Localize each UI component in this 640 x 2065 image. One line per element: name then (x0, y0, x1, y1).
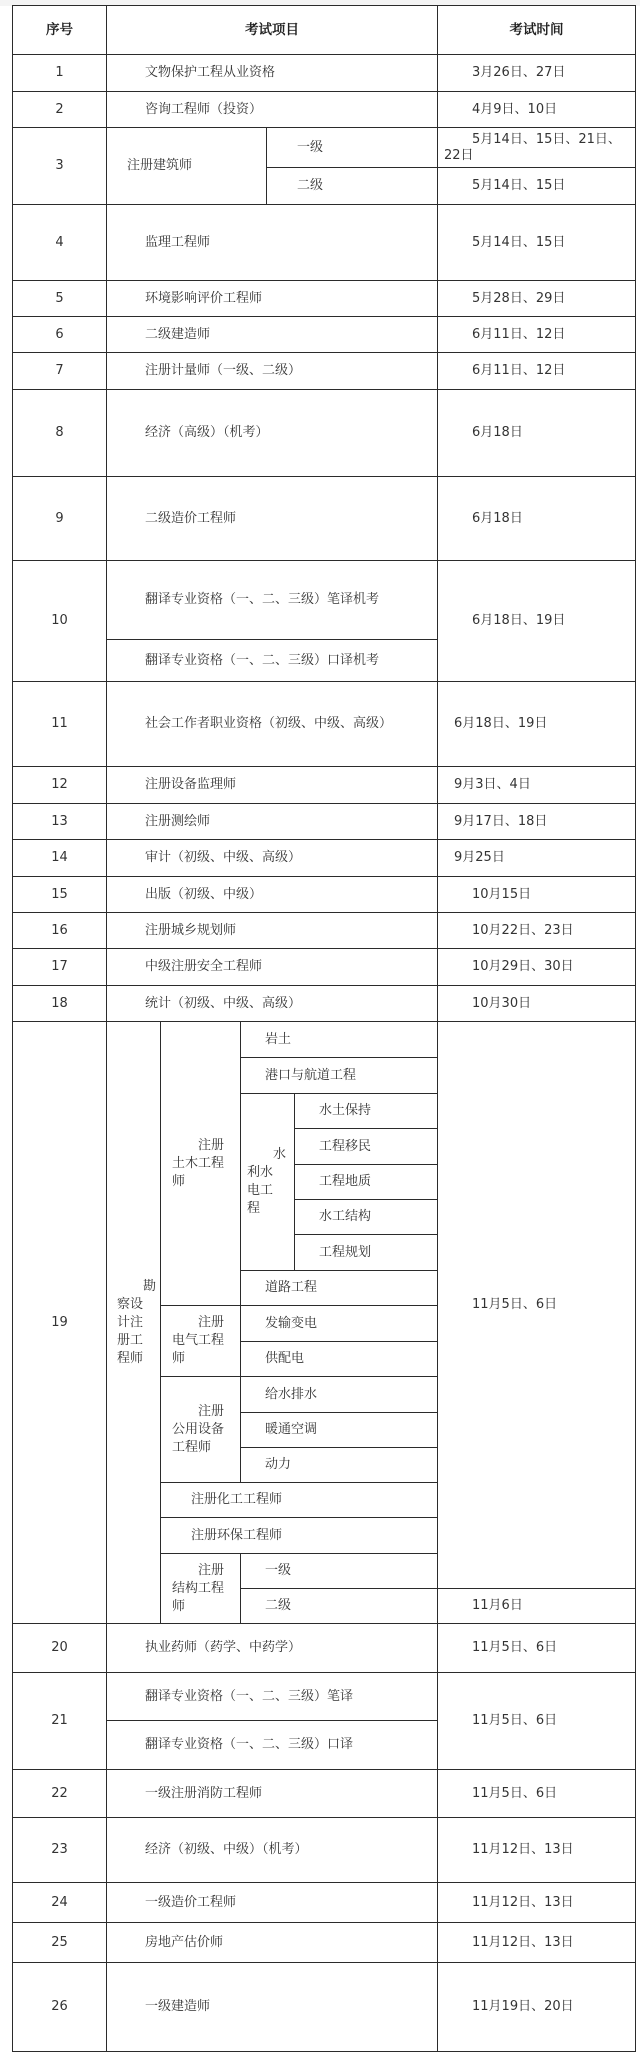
row-19-water-label: 水利水电工程 (240, 1093, 295, 1271)
cell-text: 11月5日、6日 (472, 1639, 557, 1657)
cell-text: 25 (51, 1934, 68, 1952)
cell-text: 翻译专业资格（一、二、三级）笔译 (145, 1688, 353, 1706)
cell-text: 社会工作者职业资格（初级、中级、高级） (145, 715, 392, 733)
row-19-utility-item-2: 暖通空调 (240, 1412, 438, 1448)
row-19-time: 11月5日、6日 (437, 1021, 636, 1589)
row-4-no: 4 (12, 204, 107, 281)
header-no-label: 序号 (46, 21, 73, 39)
row-19-civil-label: 注册土木工程师 (160, 1021, 241, 1306)
cell-text: 6 (55, 326, 63, 344)
cell-text: 11月12日、13日 (472, 1894, 574, 1912)
cell-text: 注册环保工程师 (191, 1527, 282, 1545)
row-18-item: 统计（初级、中级、高级） (106, 985, 438, 1022)
row-19-civil-road: 道路工程 (240, 1270, 438, 1306)
row-13-time: 9月17日、18日 (437, 803, 636, 840)
cell-text: 审计（初级、中级、高级） (145, 849, 301, 867)
row-3-no: 3 (12, 127, 107, 205)
cell-text: 注册电气工程师 (172, 1314, 228, 1368)
cell-text: 4月9日、10日 (472, 101, 557, 119)
cell-text: 21 (51, 1712, 68, 1730)
row-19-structural-item-1: 一级 (240, 1553, 438, 1589)
row-8-time: 6月18日 (437, 389, 636, 477)
row-2-time: 4月9日、10日 (437, 91, 636, 128)
cell-text: 9月25日 (454, 849, 505, 867)
cell-text: 6月18日、19日 (472, 612, 565, 630)
row-19-water-item-5: 工程规划 (294, 1234, 438, 1271)
row-21-item-2: 翻译专业资格（一、二、三级）口译 (106, 1720, 438, 1770)
cell-text: 11月6日 (472, 1597, 523, 1615)
cell-text: 5月14日、15日、21日、22日 (444, 132, 624, 164)
cell-text: 10月15日 (472, 886, 531, 904)
row-5-no: 5 (12, 280, 107, 317)
row-3-item: 注册建筑师 (106, 127, 267, 205)
row-5-item: 环境影响评价工程师 (106, 280, 438, 317)
row-3-level-1: 一级 (266, 127, 438, 168)
cell-text: 监理工程师 (145, 234, 210, 252)
cell-text: 6月11日、12日 (472, 326, 565, 344)
row-22-no: 22 (12, 1769, 107, 1818)
cell-text: 注册设备监理师 (145, 776, 236, 794)
row-23-no: 23 (12, 1817, 107, 1883)
row-13-no: 13 (12, 803, 107, 840)
row-19-water-item-3: 工程地质 (294, 1164, 438, 1200)
cell-text: 翻译专业资格（一、二、三级）笔译机考 (145, 591, 379, 609)
row-19-chemical: 注册化工工程师 (160, 1482, 438, 1518)
cell-text: 10月29日、30日 (472, 958, 574, 976)
cell-text: 18 (51, 995, 68, 1013)
cell-text: 4 (55, 234, 63, 252)
exam-schedule-table: 序号 考试项目 考试时间 1 文物保护工程从业资格 3月26日、27日 2 咨询… (0, 0, 640, 2065)
cell-text: 港口与航道工程 (265, 1067, 356, 1085)
cell-text: 9 (55, 510, 63, 528)
cell-text: 10月30日 (472, 995, 531, 1013)
row-22-time: 11月5日、6日 (437, 1769, 636, 1818)
row-16-time: 10月22日、23日 (437, 912, 636, 949)
row-12-time: 9月3日、4日 (437, 766, 636, 804)
cell-text: 注册公用设备工程师 (172, 1403, 228, 1457)
cell-text: 6月18日 (472, 510, 523, 528)
cell-text: 6月11日、12日 (472, 362, 565, 380)
cell-text: 23 (51, 1841, 68, 1859)
row-10-no: 10 (12, 560, 107, 682)
cell-text: 注册化工工程师 (191, 1491, 282, 1509)
row-19-structural-label: 注册结构工程师 (160, 1553, 241, 1624)
row-14-no: 14 (12, 839, 107, 877)
cell-text: 水土保持 (319, 1102, 371, 1120)
cell-text: 工程规划 (319, 1244, 371, 1262)
row-26-item: 一级建造师 (106, 1962, 438, 2052)
cell-text: 11月5日、6日 (472, 1712, 557, 1730)
cell-text: 7 (55, 362, 63, 380)
cell-text: 注册结构工程师 (172, 1562, 228, 1616)
cell-text: 注册建筑师 (127, 157, 192, 175)
cell-text: 一级 (297, 139, 323, 157)
row-11-no: 11 (12, 681, 107, 767)
cell-text: 24 (51, 1894, 68, 1912)
row-25-no: 25 (12, 1922, 107, 1963)
row-6-no: 6 (12, 316, 107, 353)
row-1-no: 1 (12, 54, 107, 92)
cell-text: 注册城乡规划师 (145, 922, 236, 940)
row-20-no: 20 (12, 1623, 107, 1673)
row-11-time: 6月18日、19日 (437, 681, 636, 767)
cell-text: 一级 (265, 1562, 291, 1580)
cell-text: 注册土木工程师 (172, 1137, 228, 1191)
cell-text: 19 (51, 1314, 68, 1332)
row-12-item: 注册设备监理师 (106, 766, 438, 804)
row-4-time: 5月14日、15日 (437, 204, 636, 281)
cell-text: 中级注册安全工程师 (145, 958, 262, 976)
row-19-no: 19 (12, 1021, 107, 1624)
cell-text: 11月5日、6日 (472, 1296, 557, 1314)
cell-text: 5月28日、29日 (472, 290, 565, 308)
header-time-label: 考试时间 (510, 21, 564, 39)
row-7-time: 6月11日、12日 (437, 352, 636, 390)
cell-text: 二级造价工程师 (145, 510, 236, 528)
row-19-electrical-item-1: 发输变电 (240, 1305, 438, 1342)
row-3-level-1-time: 5月14日、15日、21日、22日 (437, 127, 636, 168)
row-6-time: 6月11日、12日 (437, 316, 636, 353)
cell-text: 岩土 (265, 1031, 291, 1049)
cell-text: 8 (55, 424, 63, 442)
row-16-item: 注册城乡规划师 (106, 912, 438, 949)
row-15-item: 出版（初级、中级） (106, 876, 438, 913)
row-20-time: 11月5日、6日 (437, 1623, 636, 1673)
row-17-no: 17 (12, 948, 107, 986)
cell-text: 1 (55, 64, 63, 82)
cell-text: 一级造价工程师 (145, 1894, 236, 1912)
row-20-item: 执业药师（药学、中药学） (106, 1623, 438, 1673)
row-19-structural-level-2-time: 11月6日 (437, 1588, 636, 1624)
row-16-no: 16 (12, 912, 107, 949)
cell-text: 一级注册消防工程师 (145, 1785, 262, 1803)
row-19-structural-item-2: 二级 (240, 1588, 438, 1624)
cell-text: 17 (51, 958, 68, 976)
row-17-time: 10月29日、30日 (437, 948, 636, 986)
cell-text: 水利水电工程 (247, 1146, 275, 1218)
cell-text: 5月14日、15日 (472, 177, 565, 195)
row-25-item: 房地产估价师 (106, 1922, 438, 1963)
cell-text: 统计（初级、中级、高级） (145, 995, 301, 1013)
row-19-utility-item-3: 动力 (240, 1447, 438, 1483)
cell-text: 一级建造师 (145, 1998, 210, 2016)
cell-text: 22 (51, 1785, 68, 1803)
row-23-item: 经济（初级、中级）（机考） (106, 1817, 438, 1883)
row-18-time: 10月30日 (437, 985, 636, 1022)
row-24-item: 一级造价工程师 (106, 1882, 438, 1923)
cell-text: 3 (55, 157, 63, 175)
cell-text: 9月3日、4日 (454, 776, 531, 794)
cell-text: 出版（初级、中级） (145, 886, 262, 904)
row-24-no: 24 (12, 1882, 107, 1923)
cell-text: 二级 (297, 177, 323, 195)
cell-text: 16 (51, 922, 68, 940)
row-19-electrical-item-2: 供配电 (240, 1341, 438, 1377)
row-4-item: 监理工程师 (106, 204, 438, 281)
cell-text: 供配电 (265, 1350, 304, 1368)
row-21-time: 11月5日、6日 (437, 1672, 636, 1770)
row-3-level-2-time: 5月14日、15日 (437, 167, 636, 205)
row-19-water-item-4: 水工结构 (294, 1199, 438, 1235)
cell-text: 工程地质 (319, 1173, 371, 1191)
row-18-no: 18 (12, 985, 107, 1022)
cell-text: 经济（高级）（机考） (145, 424, 269, 442)
cell-text: 翻译专业资格（一、二、三级）口译机考 (145, 652, 379, 670)
row-19-water-item-2: 工程移民 (294, 1128, 438, 1165)
cell-text: 11 (51, 715, 68, 733)
row-7-item: 注册计量师（一级、二级） (106, 352, 438, 390)
cell-text: 翻译专业资格（一、二、三级）口译 (145, 1736, 353, 1754)
cell-text: 二级 (265, 1597, 291, 1615)
row-12-no: 12 (12, 766, 107, 804)
cell-text: 3月26日、27日 (472, 64, 565, 82)
cell-text: 11月12日、13日 (472, 1841, 574, 1859)
header-no: 序号 (12, 5, 107, 55)
row-15-time: 10月15日 (437, 876, 636, 913)
row-19-environmental: 注册环保工程师 (160, 1517, 438, 1554)
row-24-time: 11月12日、13日 (437, 1882, 636, 1923)
row-1-item: 文物保护工程从业资格 (106, 54, 438, 92)
row-22-item: 一级注册消防工程师 (106, 1769, 438, 1818)
cell-text: 11月12日、13日 (472, 1934, 574, 1952)
row-19-civil-item-2: 港口与航道工程 (240, 1057, 438, 1094)
row-19-group: 勘察设计注册工程师 (106, 1021, 161, 1624)
row-8-no: 8 (12, 389, 107, 477)
cell-text: 环境影响评价工程师 (145, 290, 262, 308)
cell-text: 动力 (265, 1456, 291, 1474)
cell-text: 2 (55, 101, 63, 119)
cell-text: 工程移民 (319, 1138, 371, 1156)
row-2-item: 咨询工程师（投资） (106, 91, 438, 128)
cell-text: 13 (51, 813, 68, 831)
row-9-time: 6月18日 (437, 476, 636, 561)
row-14-item: 审计（初级、中级、高级） (106, 839, 438, 877)
row-10-item-2: 翻译专业资格（一、二、三级）口译机考 (106, 639, 438, 682)
cell-text: 15 (51, 886, 68, 904)
row-19-utility-label: 注册公用设备工程师 (160, 1376, 241, 1483)
cell-text: 26 (51, 1998, 68, 2016)
row-25-time: 11月12日、13日 (437, 1922, 636, 1963)
cell-text: 道路工程 (265, 1279, 317, 1297)
cell-text: 注册测绘师 (145, 813, 210, 831)
row-8-item: 经济（高级）（机考） (106, 389, 438, 477)
row-19-utility-item-1: 给水排水 (240, 1376, 438, 1413)
row-23-time: 11月12日、13日 (437, 1817, 636, 1883)
cell-text: 10月22日、23日 (472, 922, 574, 940)
cell-text: 5月14日、15日 (472, 234, 565, 252)
row-5-time: 5月28日、29日 (437, 280, 636, 317)
cell-text: 执业药师（药学、中药学） (145, 1639, 301, 1657)
cell-text: 发输变电 (265, 1315, 317, 1333)
row-17-item: 中级注册安全工程师 (106, 948, 438, 986)
row-3-level-2: 二级 (266, 167, 438, 205)
cell-text: 暖通空调 (265, 1421, 317, 1439)
cell-text: 咨询工程师（投资） (145, 101, 262, 119)
row-15-no: 15 (12, 876, 107, 913)
cell-text: 11月19日、20日 (472, 1998, 574, 2016)
row-14-time: 9月25日 (437, 839, 636, 877)
row-7-no: 7 (12, 352, 107, 390)
header-item: 考试项目 (106, 5, 438, 55)
row-21-item-1: 翻译专业资格（一、二、三级）笔译 (106, 1672, 438, 1721)
cell-text: 12 (51, 776, 68, 794)
cell-text: 注册计量师（一级、二级） (145, 362, 301, 380)
row-19-electrical-label: 注册电气工程师 (160, 1305, 241, 1377)
cell-text: 9月17日、18日 (454, 813, 547, 831)
row-19-civil-item-1: 岩土 (240, 1021, 438, 1058)
cell-text: 6月18日 (472, 424, 523, 442)
row-11-item: 社会工作者职业资格（初级、中级、高级） (106, 681, 438, 767)
row-6-item: 二级建造师 (106, 316, 438, 353)
row-10-time: 6月18日、19日 (437, 560, 636, 682)
header-time: 考试时间 (437, 5, 636, 55)
cell-text: 20 (51, 1639, 68, 1657)
header-item-label: 考试项目 (245, 21, 299, 39)
cell-text: 水工结构 (319, 1208, 371, 1226)
cell-text: 14 (51, 849, 68, 867)
row-21-no: 21 (12, 1672, 107, 1770)
row-19-water-item-1: 水土保持 (294, 1093, 438, 1129)
row-1-time: 3月26日、27日 (437, 54, 636, 92)
cell-text: 10 (51, 612, 68, 630)
row-9-no: 9 (12, 476, 107, 561)
cell-text: 5 (55, 290, 63, 308)
cell-text: 文物保护工程从业资格 (145, 64, 275, 82)
cell-text: 给水排水 (265, 1386, 317, 1404)
cell-text: 经济（初级、中级）（机考） (145, 1841, 308, 1859)
row-10-item-1: 翻译专业资格（一、二、三级）笔译机考 (106, 560, 438, 640)
row-26-time: 11月19日、20日 (437, 1962, 636, 2052)
cell-text: 二级建造师 (145, 326, 210, 344)
cell-text: 房地产估价师 (145, 1934, 223, 1952)
row-9-item: 二级造价工程师 (106, 476, 438, 561)
cell-text: 11月5日、6日 (472, 1785, 557, 1803)
row-26-no: 26 (12, 1962, 107, 2052)
cell-text: 6月18日、19日 (454, 715, 547, 733)
row-2-no: 2 (12, 91, 107, 128)
cell-text: 勘察设计注册工程师 (117, 1278, 145, 1368)
row-13-item: 注册测绘师 (106, 803, 438, 840)
